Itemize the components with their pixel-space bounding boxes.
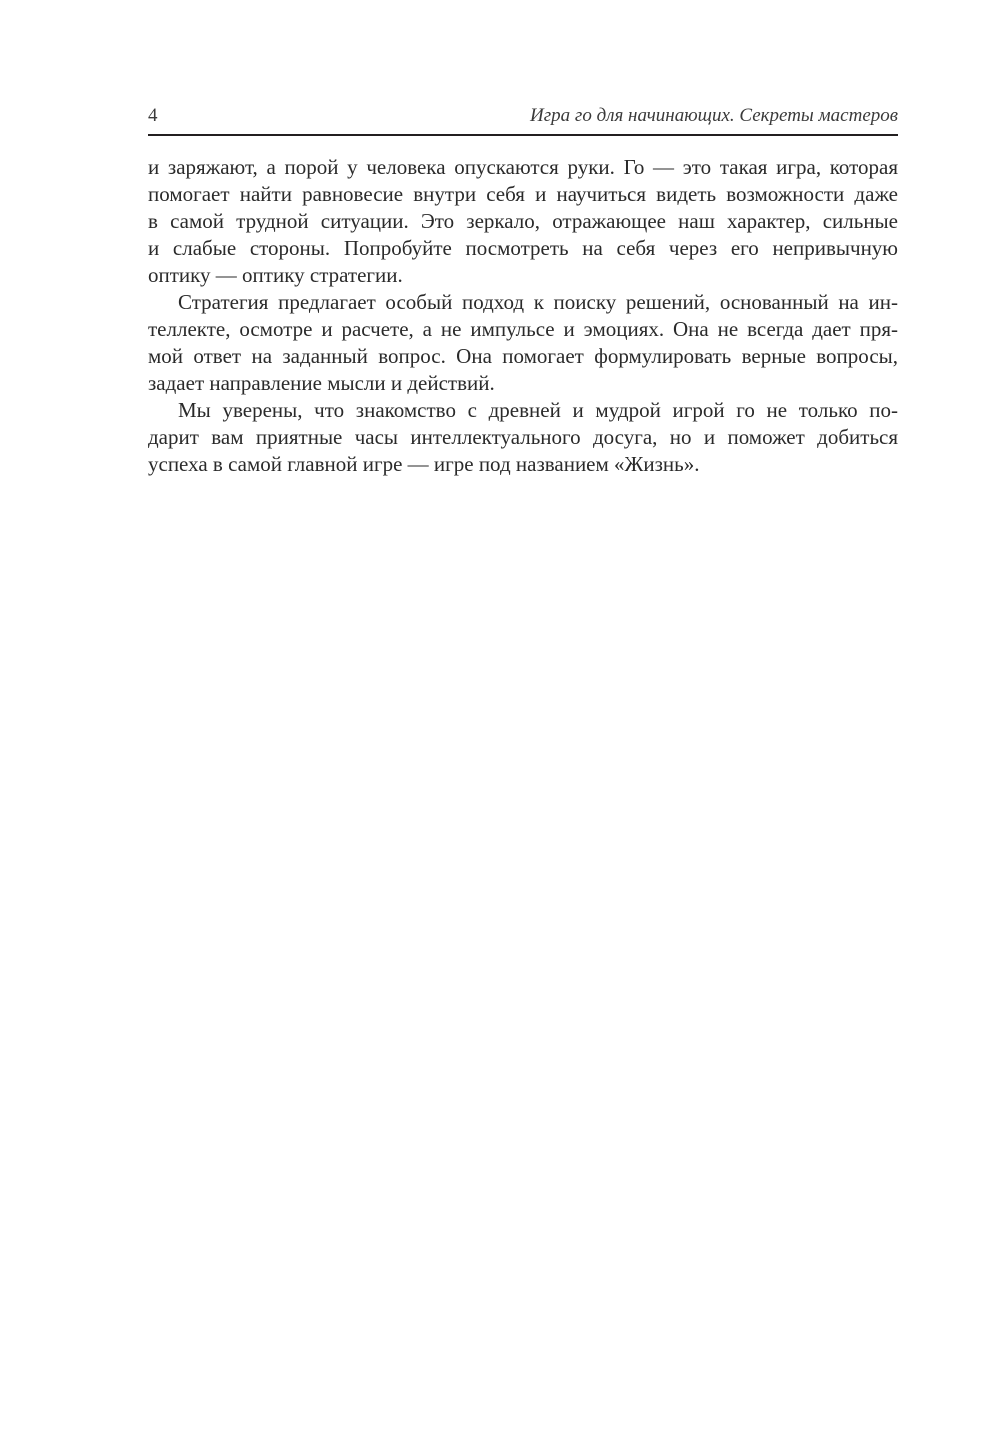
text-line: задает направление мысли и действий.	[148, 370, 898, 397]
text-line: Стратегия предлагает особый подход к пои…	[148, 289, 898, 316]
paragraph-2: Стратегия предлагает особый подход к пои…	[148, 289, 898, 397]
text-line: дарит вам приятные часы интеллектуальног…	[148, 424, 898, 451]
text-line: Мы уверены, что знакомство с древней и м…	[148, 397, 898, 424]
text-line: теллекте, осмотре и расчете, а не импуль…	[148, 316, 898, 343]
text-line: мой ответ на заданный вопрос. Она помога…	[148, 343, 898, 370]
page-number: 4	[148, 104, 158, 128]
running-title: Игра го для начинающих. Секреты мастеров	[530, 104, 898, 128]
text-line: в самой трудной ситуации. Это зеркало, о…	[148, 208, 898, 235]
text-line: оптику — оптику стратегии.	[148, 262, 898, 289]
text-line: успеха в самой главной игре — игре под н…	[148, 451, 898, 478]
paragraph-3: Мы уверены, что знакомство с древней и м…	[148, 397, 898, 478]
page-header: 4 Игра го для начинающих. Секреты мастер…	[148, 102, 898, 134]
body-text: и заряжают, а порой у человека опускаютс…	[148, 154, 898, 478]
text-line: помогает найти равновесие внутри себя и …	[148, 181, 898, 208]
text-line: и слабые стороны. Попробуйте посмотреть …	[148, 235, 898, 262]
paragraph-1: и заряжают, а порой у человека опускаютс…	[148, 154, 898, 289]
text-line: и заряжают, а порой у человека опускаютс…	[148, 154, 898, 181]
header-rule	[148, 134, 898, 136]
